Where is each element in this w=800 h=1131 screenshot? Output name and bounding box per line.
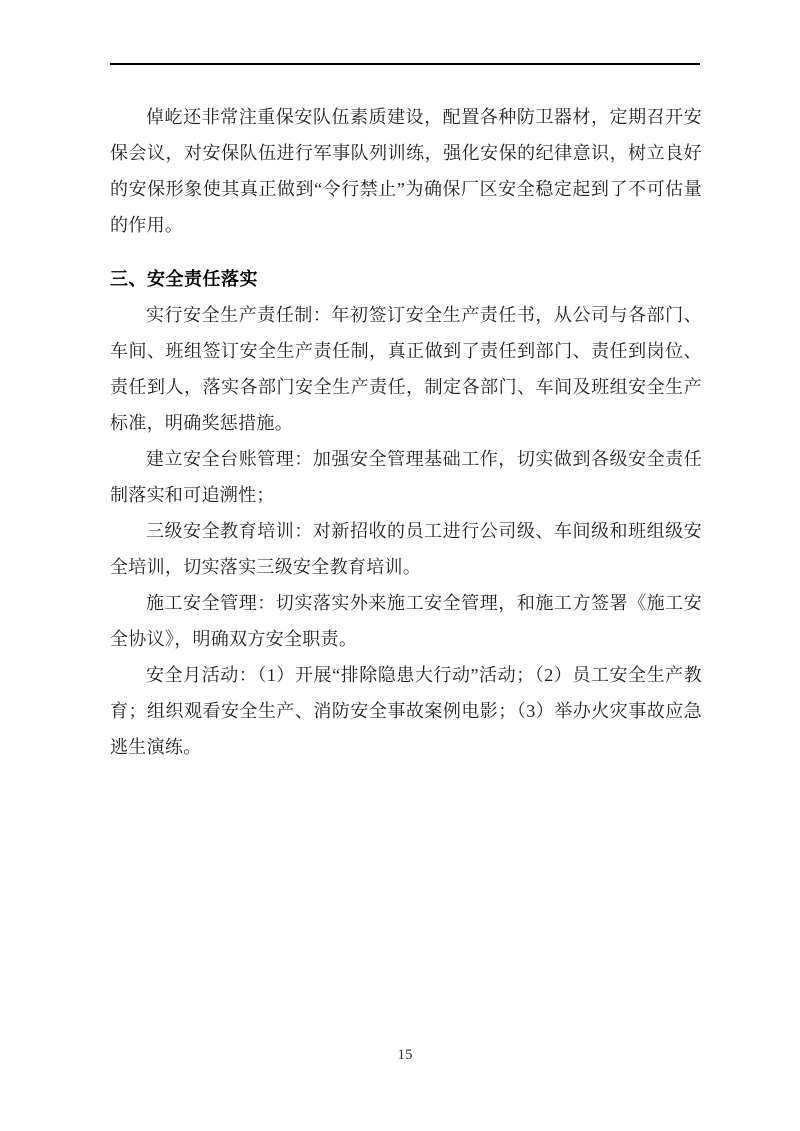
page-number: 15	[110, 1045, 700, 1065]
body-paragraph: 三级安全教育培训：对新招收的员工进行公司级、车间级和班组级安全培训，切实落实三级…	[110, 513, 702, 585]
body-paragraph: 施工安全管理：切实落实外来施工安全管理，和施工方签署《施工安全协议》，明确双方安…	[110, 585, 702, 657]
section-heading: 三、安全责任落实	[110, 261, 702, 297]
document-body: 倬屹还非常注重保安队伍素质建设，配置各种防卫器材，定期召开安保会议，对安保队伍进…	[110, 99, 702, 765]
body-paragraph: 倬屹还非常注重保安队伍素质建设，配置各种防卫器材，定期召开安保会议，对安保队伍进…	[110, 99, 702, 243]
body-paragraph: 建立安全台账管理：加强安全管理基础工作，切实做到各级安全责任制落实和可追溯性；	[110, 441, 702, 513]
header-rule	[110, 63, 700, 65]
body-paragraph: 实行安全生产责任制：年初签订安全生产责任书，从公司与各部门、车间、班组签订安全生…	[110, 297, 702, 441]
document-page: 倬屹还非常注重保安队伍素质建设，配置各种防卫器材，定期召开安保会议，对安保队伍进…	[0, 0, 800, 1131]
body-paragraph: 安全月活动：（1）开展“排除隐患大行动”活动；（2）员工安全生产教育；组织观看安…	[110, 657, 702, 765]
